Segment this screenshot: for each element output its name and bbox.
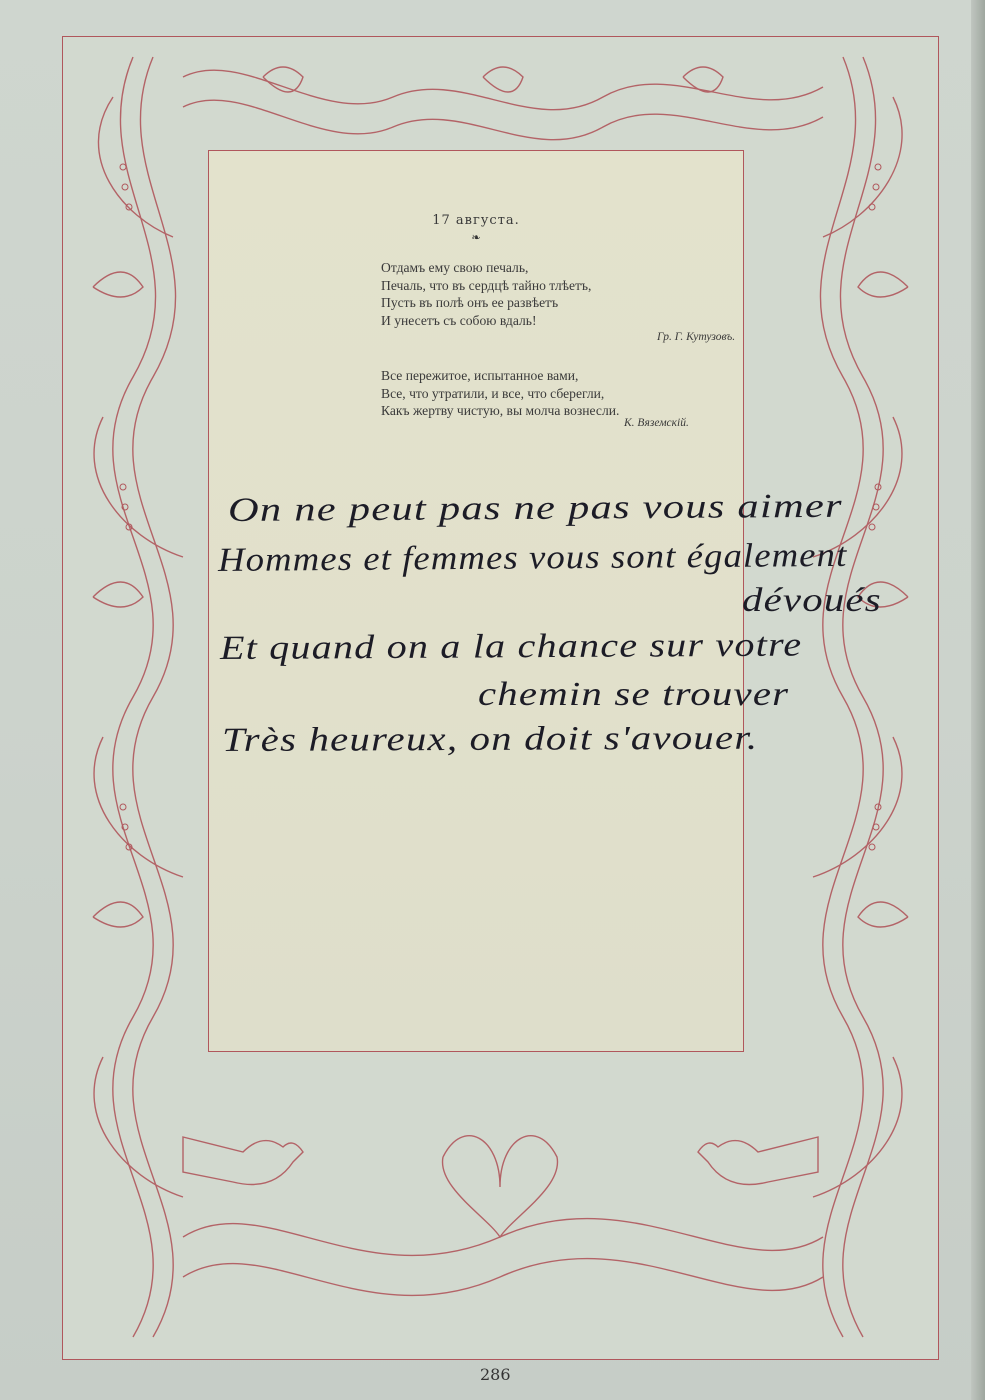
verse-line: Отдамъ ему свою печаль, <box>381 259 591 277</box>
page-number: 286 <box>480 1365 511 1384</box>
handwritten-line: chemin se trouver <box>478 676 789 714</box>
text-panel: 17 августа. ❧ Отдамъ ему свою печаль, Пе… <box>208 150 744 1052</box>
date-heading: 17 августа. <box>209 213 743 228</box>
handwritten-line: On ne peut pas ne pas vous aimer <box>228 488 843 530</box>
author-vyazemsky: К. Вяземскій. <box>624 417 689 429</box>
verse-line: Пусть въ полѣ онъ ее развѣетъ <box>381 294 591 312</box>
page-edge <box>971 0 985 1400</box>
verse-line: Печаль, что въ сердцѣ тайно тлѣетъ, <box>381 277 591 295</box>
fleuron-icon: ❧ <box>209 231 743 244</box>
verse-line: Все пережитое, испытанное вами, <box>381 367 619 385</box>
stanza-vyazemsky: Все пережитое, испытанное вами, Все, что… <box>381 367 619 420</box>
verse-line: Какъ жертву чистую, вы молча вознесли. <box>381 402 619 420</box>
author-kutuzov: Гр. Г. Кутузовъ. <box>657 331 735 343</box>
handwritten-line: Et quand on a la chance sur votre <box>220 627 803 668</box>
printed-entry: 17 августа. ❧ <box>209 213 743 244</box>
stanza-kutuzov: Отдамъ ему свою печаль, Печаль, что въ с… <box>381 259 591 329</box>
handwritten-line: Très heureux, on doit s'avouer. <box>222 720 758 760</box>
album-page: 17 августа. ❧ Отдамъ ему свою печаль, Пе… <box>0 0 985 1400</box>
handwritten-line: Hommes et femmes vous sont également <box>218 537 848 580</box>
verse-line: И унесетъ съ собою вдаль! <box>381 312 591 330</box>
handwritten-line: dévoués <box>742 582 882 620</box>
verse-line: Все, что утратили, и все, что сберегли, <box>381 385 619 403</box>
